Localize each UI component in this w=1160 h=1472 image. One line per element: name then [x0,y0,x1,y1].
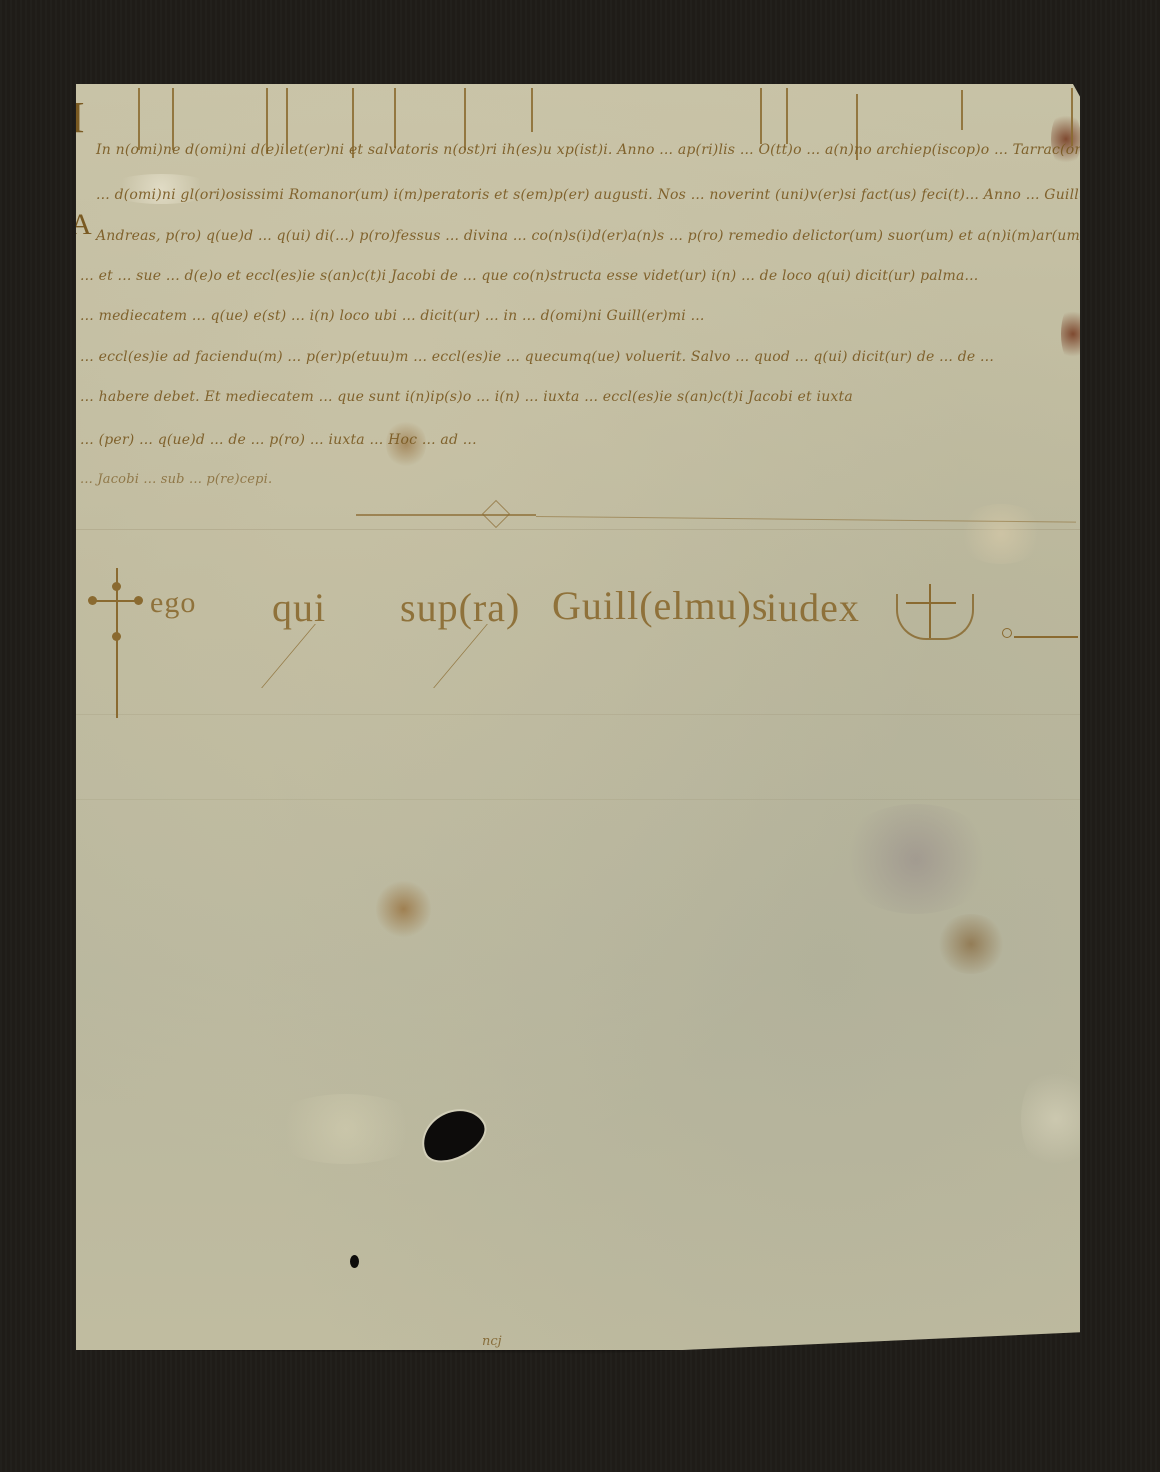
text-line-3: Andreas, p(ro) q(ue)d ... q(ui) di(...) … [96,228,1104,244]
ascender [172,88,174,150]
cross-bar [94,600,138,602]
stain-top-right [1051,109,1081,169]
parchment-sheet: I A In n(omi)ne d(omi)ni d(e)i et(er)ni … [76,84,1080,1350]
monogram-dot [1002,628,1012,638]
ascender [138,88,140,150]
text-line-9: ... Jacobi ... sub ... p(re)cepi. [80,472,272,487]
signature-iudex: iudex [766,584,860,631]
stain-lower-center [376,879,431,939]
ruling-line [76,529,1080,530]
fold-line [76,799,1080,800]
text-line-7: ... habere debet. Et mediecatem ... que … [80,389,853,405]
cross-dot [112,582,121,591]
ascender [786,88,788,144]
text-line-1: In n(omi)ne d(omi)ni d(e)i et(er)ni et s… [96,142,1160,158]
endorsement-note: ncj [482,1334,502,1349]
text-line-6: ... eccl(es)ie ad faciendu(m) ... p(er)p… [80,349,994,365]
parchment-small-hole [350,1255,359,1268]
ascender [760,88,762,144]
monogram-signum [896,594,974,640]
worn-patch-bottom [266,1094,426,1164]
ascender [1071,88,1073,146]
ascender [531,88,533,132]
signature-ego: ego [150,586,196,620]
ascender [464,88,466,150]
text-line-8: ... (per) ... q(ue)d ... de ... p(ro) ..… [80,432,477,448]
cross-dot [112,632,121,641]
text-line-5: ... mediecatem ... q(ue) e(st) ... i(n) … [80,308,705,324]
fold-line [76,714,1080,715]
ascender [961,90,963,130]
text-line-4: ... et ... sue ... d(e)o et eccl(es)ie s… [80,268,978,284]
cross-dot [134,596,143,605]
monogram-rule [1014,636,1078,638]
cross-dot [88,596,97,605]
signature-tail [199,624,316,688]
signature-guillelmus: Guill(elmu)s [552,582,768,629]
ascender [394,88,396,148]
text-line-2: ... d(omi)ni gl(ori)osissimi Romanor(um)… [96,187,1160,203]
stain-lower-right [936,914,1006,974]
worn-patch-right [956,504,1046,564]
monogram-stem [929,584,931,638]
diamond-flourish [482,500,510,528]
signature-tail [369,624,488,688]
monogram-bar [906,602,956,604]
stain-purple [836,804,996,914]
